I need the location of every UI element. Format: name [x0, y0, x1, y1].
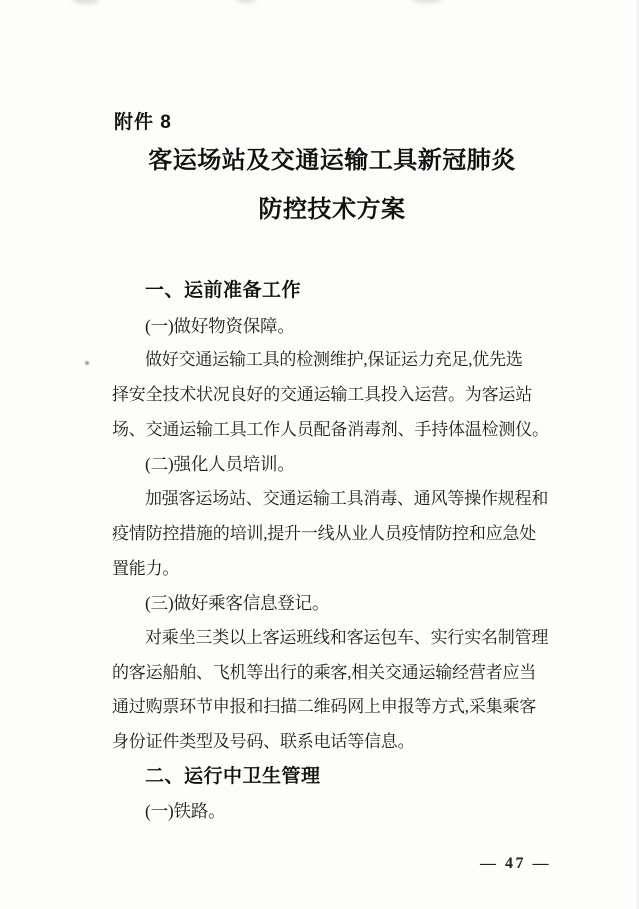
text-line-body: 身份证件类型及号码、联系电话等信息。 [112, 725, 552, 760]
title-line: 客运场站及交通运输工具新冠肺炎 [112, 136, 552, 185]
text-line-body: 做好交通运输工具的检测维护,保证运力充足,优先选 [112, 343, 552, 378]
document-page: 附件 8 客运场站及交通运输工具新冠肺炎 防控技术方案 一、运前准备工作(一)做… [0, 0, 639, 909]
scan-artifact [412, 0, 442, 3]
text-line-body: 通过购票环节申报和扫描二维码网上申报等方式,采集乘客 [112, 690, 552, 725]
title-line: 防控技术方案 [112, 185, 552, 234]
scan-artifact [85, 361, 89, 365]
document-title: 客运场站及交通运输工具新冠肺炎 防控技术方案 [112, 136, 552, 234]
text-line-body: 的客运船舶、飞机等出行的乘客,相关交通运输经营者应当 [112, 656, 552, 691]
text-line-subheading: (一)做好物资保障。 [112, 309, 552, 344]
text-line-body: 疫情防控措施的培训,提升一线从业人员疫情防控和应急处 [112, 517, 552, 552]
text-line-body: 对乘坐三类以上客运班线和客运包车、实行实名制管理 [112, 621, 552, 656]
page-number: — 47 — [480, 855, 551, 873]
scan-artifact [236, 0, 256, 3]
document-body: 一、运前准备工作(一)做好物资保障。做好交通运输工具的检测维护,保证运力充足,优… [112, 274, 552, 829]
text-line-heading: 二、运行中卫生管理 [112, 760, 552, 795]
text-line-heading: 一、运前准备工作 [112, 274, 552, 309]
scan-artifact [72, 0, 100, 4]
text-line-body: 置能力。 [112, 552, 552, 587]
text-line-subheading: (二)强化人员培训。 [112, 447, 552, 482]
text-line-body: 择安全技术状况良好的交通运输工具投入运营。为客运站 [112, 378, 552, 413]
text-line-body: 场、交通运输工具工作人员配备消毒剂、手持体温检测仪。 [112, 413, 552, 448]
attachment-label: 附件 8 [114, 107, 172, 134]
text-line-subheading: (一)铁路。 [112, 794, 552, 829]
text-line-subheading: (三)做好乘客信息登记。 [112, 586, 552, 621]
text-line-body: 加强客运场站、交通运输工具消毒、通风等操作规程和 [112, 482, 552, 517]
